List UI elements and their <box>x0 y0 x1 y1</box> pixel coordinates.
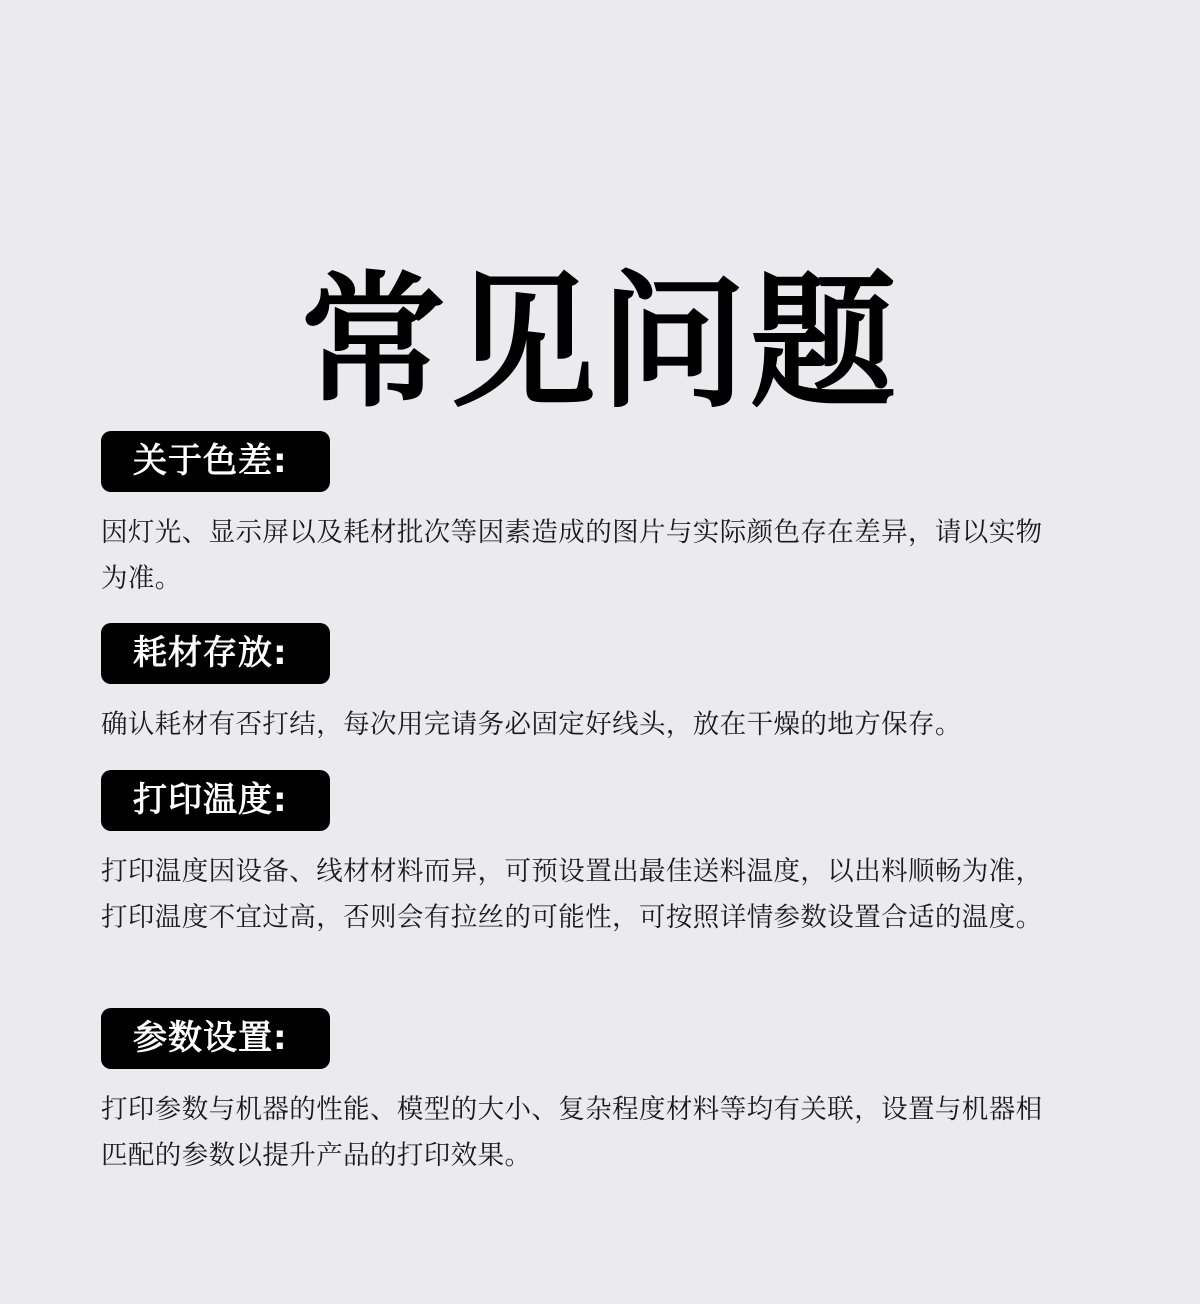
faq-section-print-temperature: 打印温度: 打印温度因设备、线材材料而异，可预设置出最佳送料温度，以出料顺畅为准… <box>101 770 1081 941</box>
section-label: 参数设置: <box>101 1008 330 1069</box>
section-label: 打印温度: <box>101 770 330 831</box>
section-body-text: 确认耗材有否打结，每次用完请务必固定好线头，放在干燥的地方保存。 <box>101 702 1066 748</box>
section-body-text: 打印参数与机器的性能、模型的大小、复杂程度材料等均有关联，设置与机器相匹配的参数… <box>101 1087 1066 1179</box>
page-title: 常见问题 <box>0 258 1200 428</box>
section-label: 关于色差: <box>101 431 330 492</box>
section-body-text: 因灯光、显示屏以及耗材批次等因素造成的图片与实际颜色存在差异，请以实物为准。 <box>101 510 1066 602</box>
faq-section-parameter-settings: 参数设置: 打印参数与机器的性能、模型的大小、复杂程度材料等均有关联，设置与机器… <box>101 1008 1081 1179</box>
faq-section-filament-storage: 耗材存放: 确认耗材有否打结，每次用完请务必固定好线头，放在干燥的地方保存。 <box>101 623 1081 748</box>
section-body-text: 打印温度因设备、线材材料而异，可预设置出最佳送料温度，以出料顺畅为准，打印温度不… <box>101 849 1066 941</box>
section-label: 耗材存放: <box>101 623 330 684</box>
faq-section-color-difference: 关于色差: 因灯光、显示屏以及耗材批次等因素造成的图片与实际颜色存在差异，请以实… <box>101 431 1081 602</box>
